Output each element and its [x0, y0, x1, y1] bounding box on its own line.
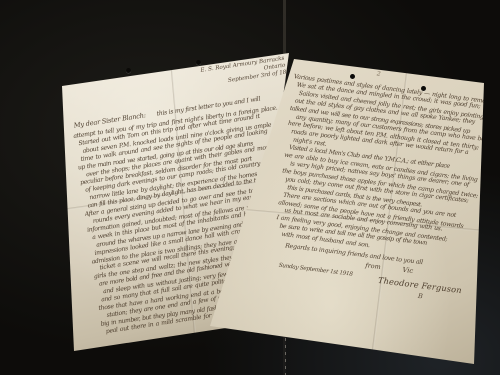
punch-hole [126, 68, 131, 73]
punch-hole [350, 74, 355, 79]
punch-hole [196, 60, 201, 65]
letter-body: Various pastimes and styles of dancing l… [274, 73, 500, 263]
date-line: Sunday September 1st 1918 [278, 263, 353, 278]
backdrop: E. S. Royal Armoury BarracksOntarioSepte… [0, 0, 500, 375]
punch-hole [421, 86, 426, 91]
sender-name: Vic [402, 266, 414, 275]
from-label: from [365, 261, 381, 271]
